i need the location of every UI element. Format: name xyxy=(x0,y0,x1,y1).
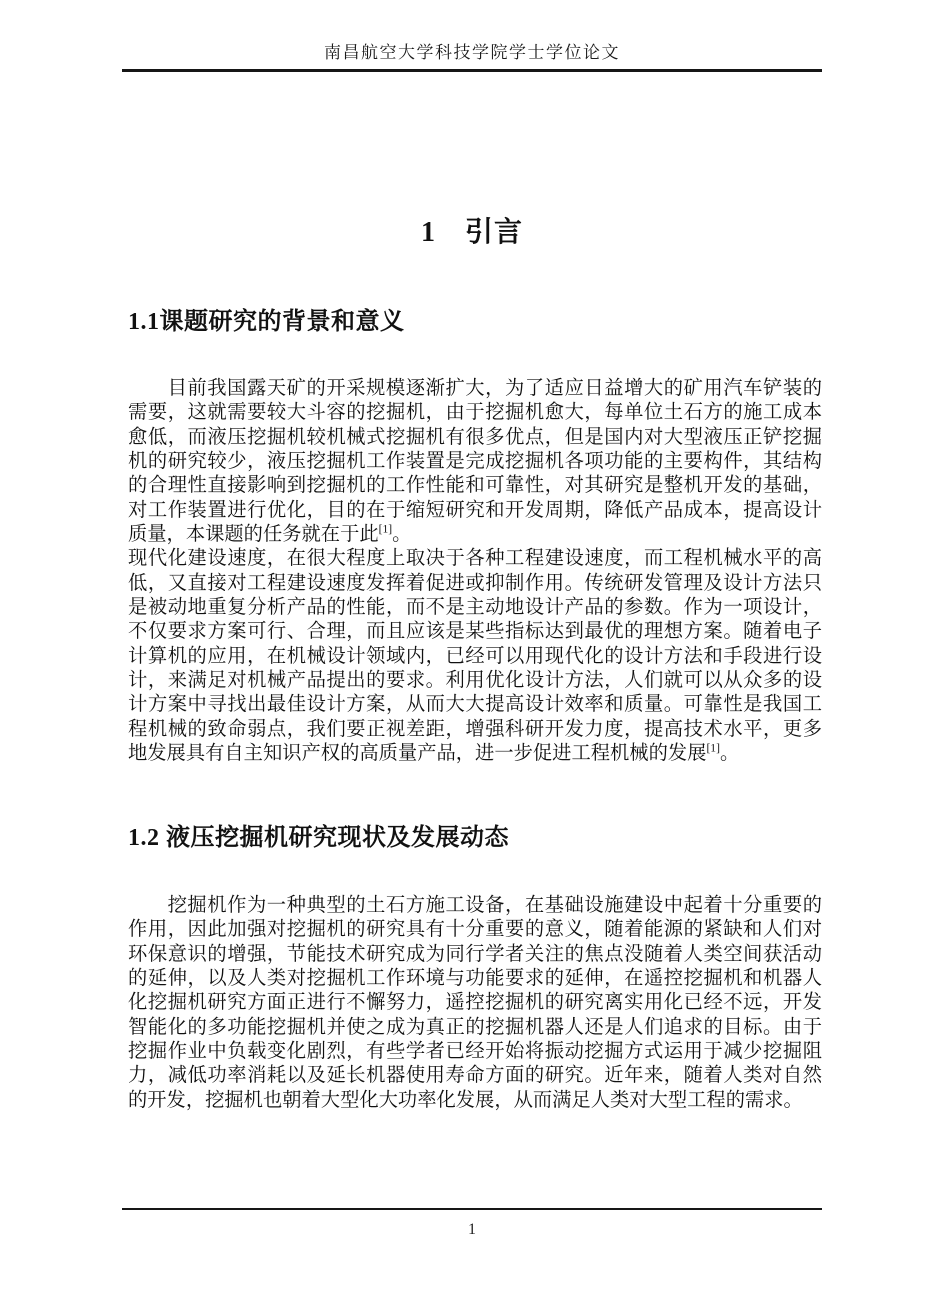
section-1-body: 目前我国露天矿的开采规模逐渐扩大，为了适应日益增大的矿用汽车铲装的需要，这就需要… xyxy=(128,377,822,767)
citation-reference-1: [1] xyxy=(379,523,393,536)
page-number: 1 xyxy=(122,1221,822,1239)
paragraph-2-text: 现代化建设速度，在很大程度上取决于各种工程建设速度，而工程机械水平的高低，又直接… xyxy=(128,548,822,764)
section-2-body: 挖掘机作为一种典型的土石方施工设备，在基础设施建设中起着十分重要的作用，因此加强… xyxy=(128,894,822,1113)
section-heading-1-2: 1.2 液压挖掘机研究现状及发展动态 xyxy=(128,817,822,852)
footer-rule xyxy=(122,1208,822,1210)
citation-reference-2: [1] xyxy=(706,742,720,755)
paragraph-1-terminal-punctuation: 。 xyxy=(392,524,411,545)
paragraph-2: 现代化建设速度，在很大程度上取决于各种工程建设速度，而工程机械水平的高低，又直接… xyxy=(128,547,822,766)
page-header-title: 南昌航空大学科技学院学士学位论文 xyxy=(122,38,822,63)
chapter-title: 1 引言 xyxy=(122,210,822,250)
paragraph-1: 目前我国露天矿的开采规模逐渐扩大，为了适应日益增大的矿用汽车铲装的需要，这就需要… xyxy=(128,377,822,547)
paragraph-1-text: 目前我国露天矿的开采规模逐渐扩大，为了适应日益增大的矿用汽车铲装的需要，这就需要… xyxy=(128,378,822,545)
paragraph-2-terminal-punctuation: 。 xyxy=(720,743,739,764)
section-heading-1-1: 1.1课题研究的背景和意义 xyxy=(128,301,822,336)
header-rule xyxy=(122,69,822,72)
thesis-document-page: 南昌航空大学科技学院学士学位论文 1 引言 1.1课题研究的背景和意义 目前我国… xyxy=(0,0,926,1310)
paragraph-3: 挖掘机作为一种典型的土石方施工设备，在基础设施建设中起着十分重要的作用，因此加强… xyxy=(128,894,822,1113)
paragraph-3-text: 挖掘机作为一种典型的土石方施工设备，在基础设施建设中起着十分重要的作用，因此加强… xyxy=(128,895,822,1111)
